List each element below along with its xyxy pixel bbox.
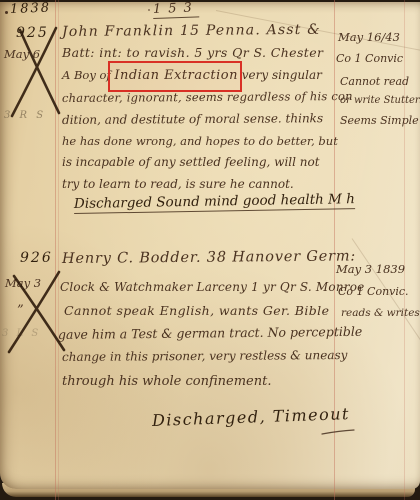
entry2-right-note-1: Co 1 Convic. (338, 285, 409, 298)
entry1-right-note-1: Co 1 Convic (336, 52, 403, 65)
entry2-right-date: May 3 1839 (336, 262, 405, 276)
entry1-right-note-4: Seems Simple (340, 114, 419, 127)
entry2-line-1: Henry C. Bodder. 38 Hanover Germ: (62, 248, 356, 267)
entry1-right-date: May 16/43 (338, 30, 400, 44)
entry2-line-2: Clock & Watchmaker Larceny 1 yr Qr S. Mo… (60, 280, 364, 294)
entry2-margin-ditto-mark: ” (17, 303, 24, 318)
boy-line-suffix: very singular (238, 68, 322, 82)
entry1-line-1: John Franklin 15 Penna. Asst & (62, 22, 321, 40)
entry2-margin-date: May 3 (5, 276, 41, 290)
entry1-number: 925 (16, 25, 49, 41)
entry2-line-3: Cannot speak English, wants Ger. Bible (64, 303, 329, 318)
year-label: 1838 (10, 1, 52, 17)
folio-number: 153 (153, 0, 199, 19)
entry1-right-note-2: Cannot read (340, 75, 409, 88)
entry1-line-2: Batt: int: to ravish. 5 yrs Qr S. Cheste… (62, 45, 323, 60)
ledger-page-scan: 1838 153 925 May 6 3 R S John Franklin 1… (0, 0, 420, 500)
entry1-margin-pencil-note: 3 R S (4, 110, 46, 121)
entry1-line-8: try to learn to read, is sure he cannot. (62, 177, 294, 191)
ink-speck-2 (148, 9, 150, 11)
entry2-line-6: through his whole confinement. (62, 374, 271, 389)
entry1-line-5: dition, and destitute of moral sense. th… (62, 111, 323, 127)
margin-rule-line (55, 0, 56, 500)
entry1-line-6: he has done wrong, and hopes to do bette… (62, 134, 338, 148)
boy-line-prefix: A Boy of (62, 68, 114, 82)
entry2-line-5: change in this prisoner, very restless &… (62, 348, 348, 364)
entry1-right-note-3: or write Stutters (340, 95, 420, 106)
entry1-margin-date: May 6 (4, 47, 40, 61)
entry2-margin-pencil-note: 3 L S (2, 328, 41, 339)
entry2-right-note-2: reads & writes (341, 307, 420, 319)
margin-rule-line-2 (58, 0, 59, 500)
annotation-box-indian-extraction (108, 61, 242, 92)
ink-speck (5, 11, 8, 14)
entry1-line-7: is incapable of any settled feeling, wil… (62, 155, 320, 169)
entry2-line-4: gave him a Test & german tract. No perce… (58, 324, 362, 342)
entry2-number: 926 (20, 250, 53, 266)
